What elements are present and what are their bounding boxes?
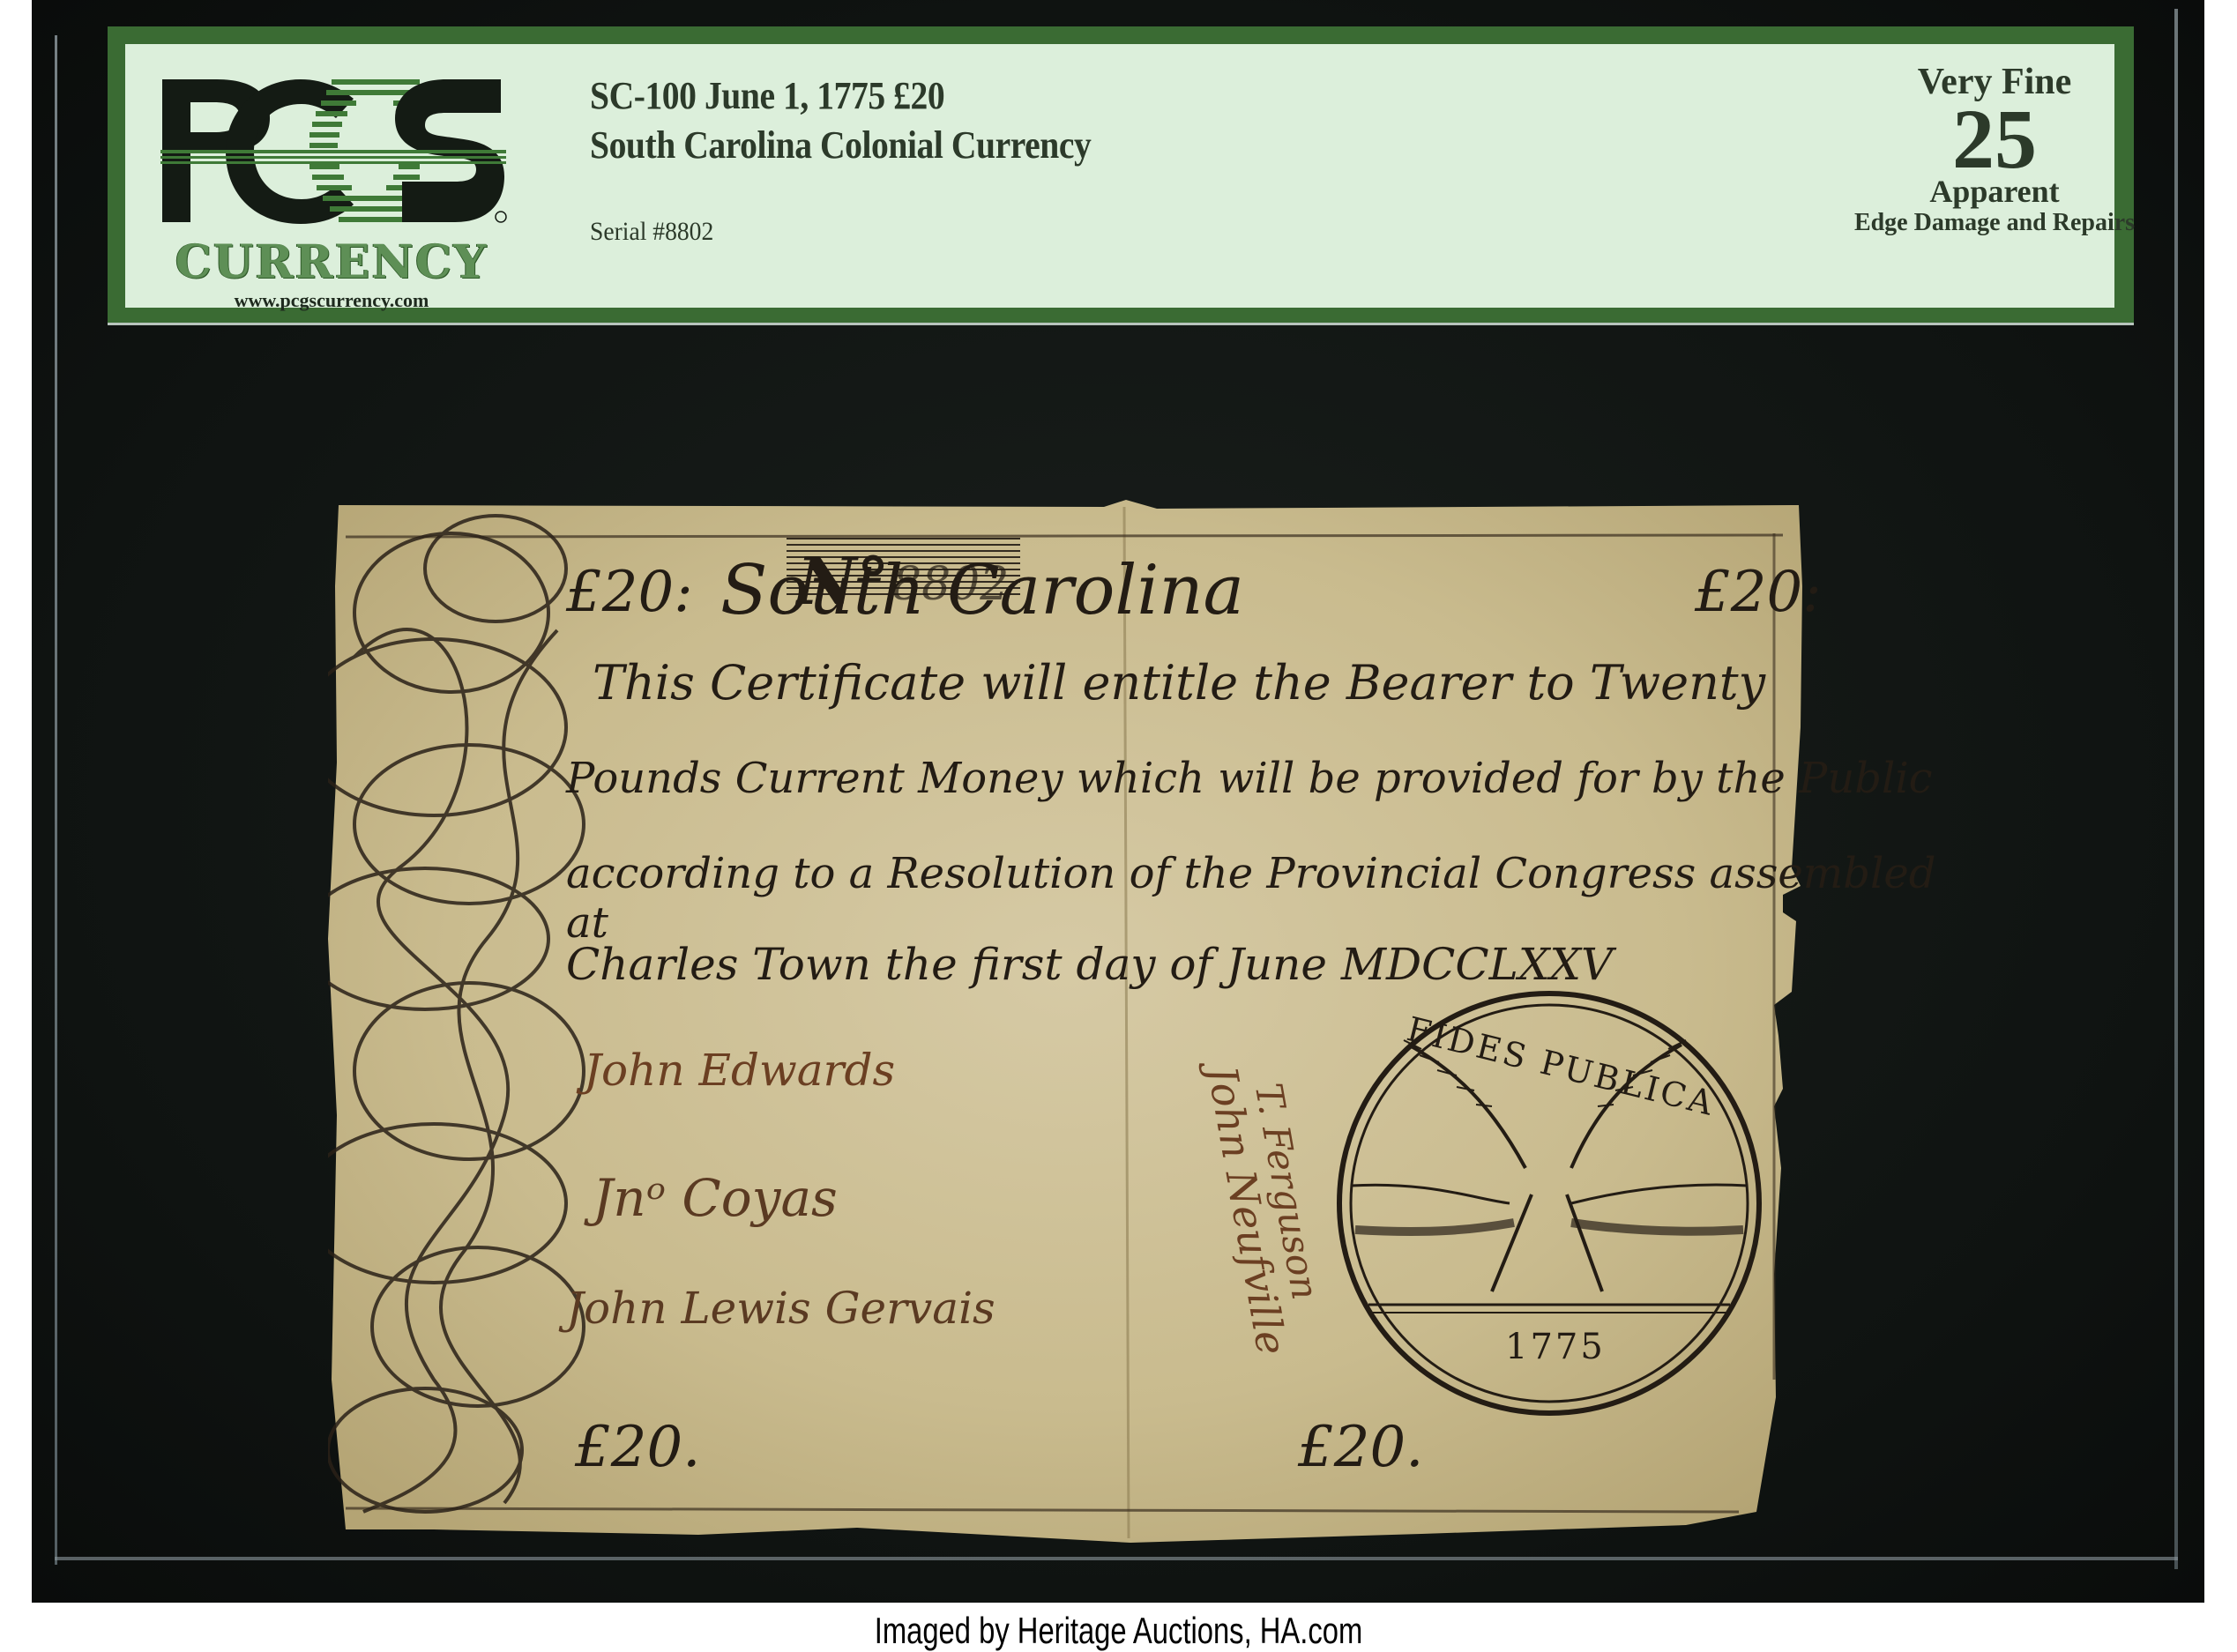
note-body-line-2: Pounds Current Money which will be provi… xyxy=(566,754,1933,803)
denomination-top-right: £20: xyxy=(1695,560,1822,625)
grade-qualifier: Apparent xyxy=(1783,175,2206,208)
denomination-bottom-center: £20. xyxy=(1298,1415,1424,1480)
signature-2: Jnᵒ Coyas xyxy=(593,1168,838,1228)
note-body-line-4: Charles Town the first day of June MDCCL… xyxy=(566,939,1613,990)
note-body-line-1: This Certificate will entitle the Bearer… xyxy=(593,655,1765,711)
holder-edge-left xyxy=(55,35,57,1565)
holder-edge-right xyxy=(2174,9,2178,1569)
serial-number: Serial #8802 xyxy=(590,217,713,247)
note-body-line-3: according to a Resolution of the Provinc… xyxy=(566,849,1942,948)
pcgs-currency-logo: CURRENCY www.pcgscurrency.com xyxy=(155,72,508,310)
website-link[interactable]: www.pcgscurrency.com xyxy=(155,289,508,312)
denomination-top-left: £20: xyxy=(566,560,693,625)
note-number-value: 8802 xyxy=(892,558,1009,611)
signature-1: John Edwards xyxy=(584,1045,895,1096)
image-credit-caption: Imaged by Heritage Auctions, HA.com xyxy=(246,1610,1991,1652)
colonial-banknote: £20: South Carolina N° 8802 £20: This Ce… xyxy=(328,498,1942,1560)
note-number-prefix: N° xyxy=(797,544,890,620)
clasped-hands-with-palm-fronds-icon xyxy=(1342,992,1756,1415)
grade-block: Very Fine 25 Apparent Edge Damage and Re… xyxy=(1783,62,2206,238)
pcgs-logo-icon xyxy=(155,72,508,231)
grade-comment: Edge Damage and Repairs xyxy=(1783,208,2206,238)
denomination-bottom-left: £20. xyxy=(575,1415,701,1480)
currency-wordmark: CURRENCY xyxy=(155,240,508,286)
label-panel: CURRENCY www.pcgscurrency.com SC-100 Jun… xyxy=(125,44,2114,308)
signature-3: John Lewis Gervais xyxy=(566,1283,995,1334)
pcgs-grading-label: CURRENCY www.pcgscurrency.com SC-100 Jun… xyxy=(108,26,2134,323)
catalog-subtitle: South Carolina Colonial Currency xyxy=(590,122,1091,169)
catalog-title: SC-100 June 1, 1775 £20 xyxy=(590,72,944,120)
grade-number: 25 xyxy=(1783,104,2206,175)
